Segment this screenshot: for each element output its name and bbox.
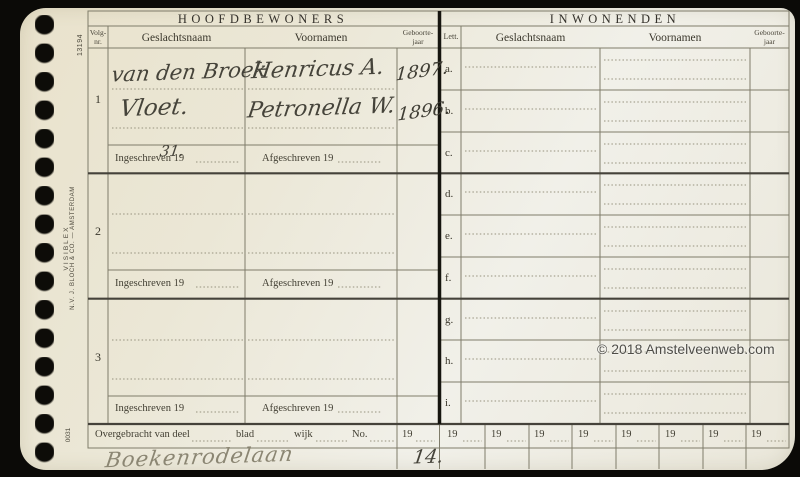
house-number-value: 14.	[411, 445, 444, 468]
ingeschreven-label: Ingeschreven 19	[115, 403, 184, 414]
col-header-voornamen-right: Voornamen	[600, 32, 750, 44]
year-cell-label: 19	[447, 429, 458, 440]
registration-card: 13194 VISIBLEX N.V. J. BLOCH & CO. — AMS…	[20, 8, 795, 470]
letter-label-f: f.	[445, 272, 451, 284]
year-cell-label: 19	[402, 429, 413, 440]
row-number-3: 3	[88, 350, 108, 365]
row-number-1: 1	[88, 92, 108, 107]
blad-label: blad	[236, 429, 254, 440]
col-header-lett: Lett.	[439, 33, 463, 42]
letter-label-a: a.	[445, 63, 453, 75]
overgebracht-label: Overgebracht van deel	[95, 429, 190, 440]
left-table-title: HOOFDBEWONERS	[88, 12, 438, 27]
col-header-voornamen-left: Voornamen	[245, 32, 397, 44]
afgeschreven-label: Afgeschreven 19	[262, 403, 333, 414]
afgeschreven-label: Afgeschreven 19	[262, 153, 333, 164]
entry-voornamen: Henricus A.	[250, 55, 386, 85]
year-cell-label: 19	[534, 429, 545, 440]
letter-label-b: b.	[445, 105, 453, 117]
year-cell-label: 19	[491, 429, 502, 440]
ingeschreven-label: Ingeschreven 19	[115, 278, 184, 289]
right-table-title: INWONENDEN	[441, 12, 789, 27]
year-cell-label: 19	[751, 429, 762, 440]
row-number-2: 2	[88, 224, 108, 239]
year-cell-label: 19	[708, 429, 719, 440]
col-header-volgnr-line2: nr.	[86, 38, 110, 47]
watermark-text: © 2018 Amstelveenweb.com	[597, 341, 775, 357]
col-header-geboortejaar-right-line2: jaar	[748, 38, 791, 47]
afgeschreven-label: Afgeschreven 19	[262, 278, 333, 289]
year-cell-label: 19	[665, 429, 676, 440]
wijk-label: wijk	[294, 429, 313, 440]
letter-label-h: h.	[445, 355, 453, 367]
no-label: No.	[352, 429, 367, 440]
ingeschreven-year-value: 31.	[159, 142, 186, 161]
year-cell-label: 19	[621, 429, 632, 440]
letter-label-i: i.	[445, 397, 451, 409]
col-header-geslachtsnaam-left: Geslachtsnaam	[108, 32, 245, 44]
letter-label-g: g.	[445, 314, 453, 326]
entry-geslachtsnaam: Vloet.	[118, 94, 190, 122]
letter-label-e: e.	[445, 230, 453, 242]
entry-voornamen: Petronella W.	[246, 93, 397, 123]
letter-label-d: d.	[445, 188, 453, 200]
year-cell-label: 19	[578, 429, 589, 440]
col-header-geslachtsnaam-right: Geslachtsnaam	[461, 32, 600, 44]
col-header-geboortejaar-left-line2: jaar	[395, 38, 441, 47]
letter-label-c: c.	[445, 147, 453, 159]
